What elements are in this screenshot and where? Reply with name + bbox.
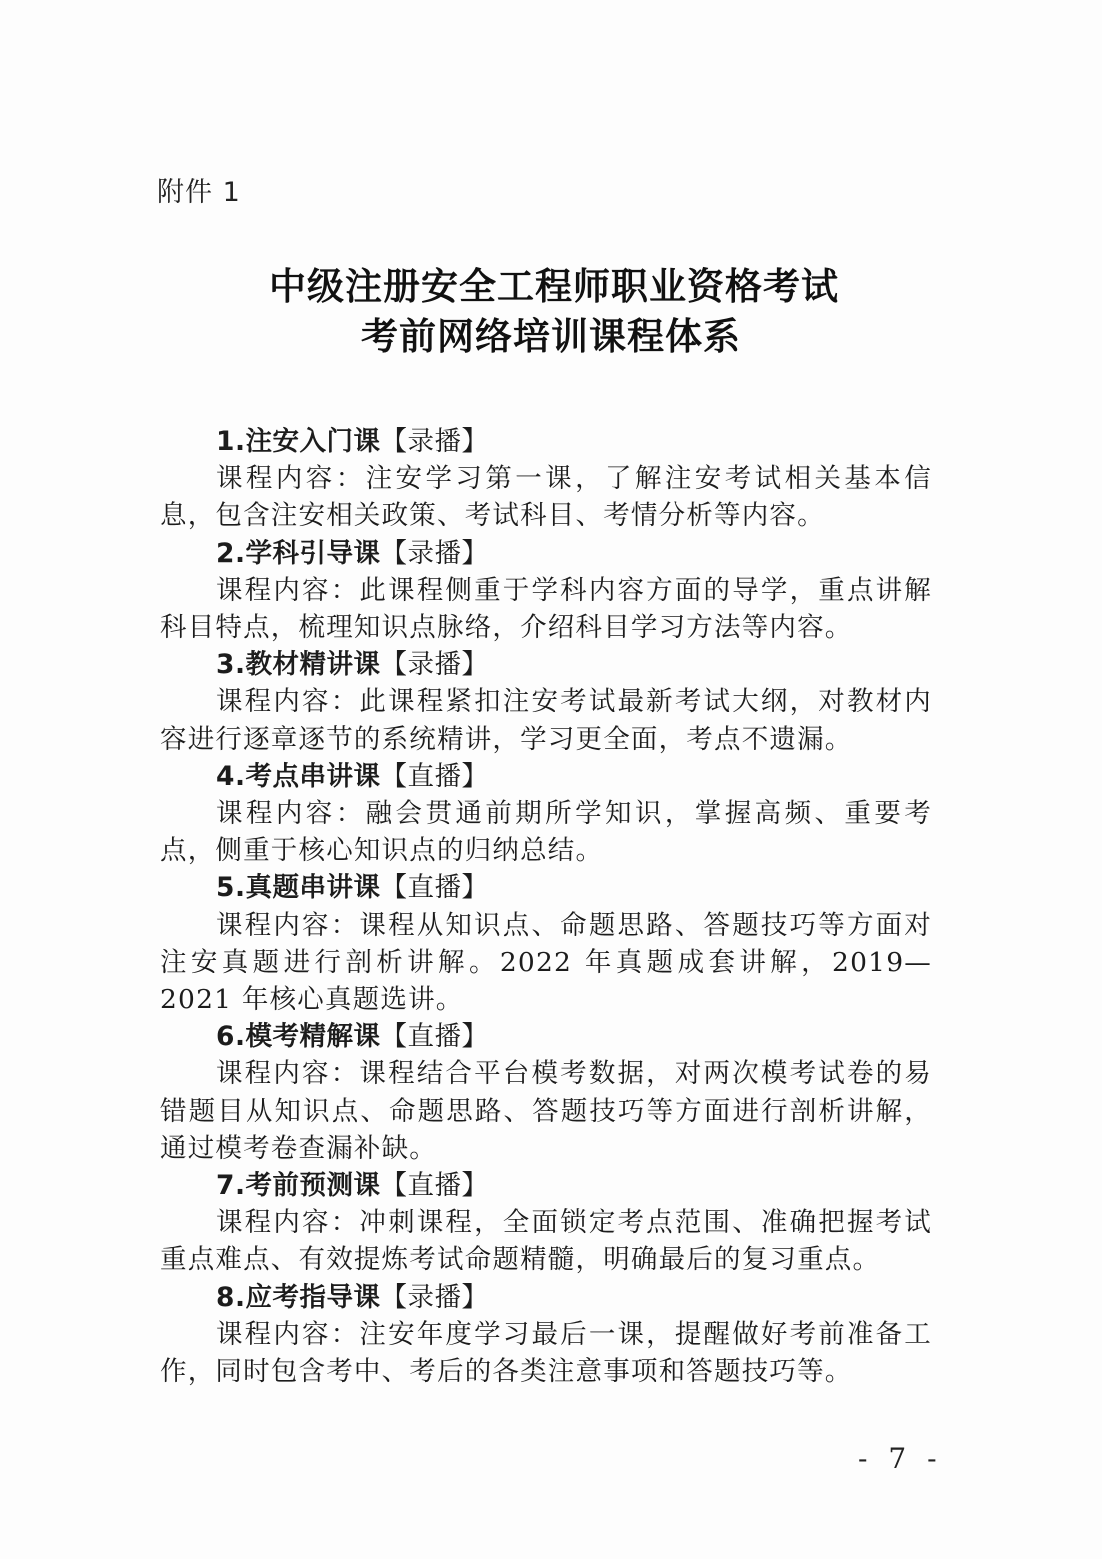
page-number: - 7 - [858,1442,943,1475]
course-heading: 4.考点串讲课【直播】 [160,758,932,795]
course-number: 2. [216,538,246,569]
document-page: 附件 1 中级注册安全工程师职业资格考试 考前网络培训课程体系 1.注安入门课【… [0,0,1102,1559]
title-line-1: 中级注册安全工程师职业资格考试 [0,262,1102,312]
course-description: 课程内容：课程结合平台模考数据，对两次模考试卷的易错题目从知识点、命题思路、答题… [160,1055,932,1167]
document-title: 中级注册安全工程师职业资格考试 考前网络培训课程体系 [0,262,1102,362]
course-item-5: 5.真题串讲课【直播】 课程内容：课程从知识点、命题思路、答题技巧等方面对注安真… [160,869,932,1018]
course-item-6: 6.模考精解课【直播】 课程内容：课程结合平台模考数据，对两次模考试卷的易错题目… [160,1018,932,1167]
course-heading: 6.模考精解课【直播】 [160,1018,932,1055]
course-description: 课程内容：融会贯通前期所学知识，掌握高频、重要考点，侧重于核心知识点的归纳总结。 [160,795,932,869]
course-mode-badge: 【录播】 [381,426,489,457]
course-mode-badge: 【直播】 [381,1170,489,1201]
course-name: 模考精解课 [246,1021,381,1052]
attachment-label: 附件 1 [157,170,241,209]
course-mode-badge: 【录播】 [381,1282,489,1313]
course-item-1: 1.注安入门课【录播】 课程内容：注安学习第一课，了解注安考试相关基本信息，包含… [160,423,932,535]
course-description: 课程内容：课程从知识点、命题思路、答题技巧等方面对注安真题进行剖析讲解。2022… [160,907,932,1019]
course-name: 教材精讲课 [246,649,381,680]
course-number: 8. [216,1282,246,1313]
course-number: 5. [216,872,246,903]
course-heading: 1.注安入门课【录播】 [160,423,932,460]
course-mode-badge: 【直播】 [381,872,489,903]
course-name: 考前预测课 [246,1170,381,1201]
course-description: 课程内容：此课程侧重于学科内容方面的导学，重点讲解科目特点，梳理知识点脉络，介绍… [160,572,932,646]
course-mode-badge: 【录播】 [381,538,489,569]
course-mode-badge: 【直播】 [381,761,489,792]
course-name: 考点串讲课 [246,761,381,792]
course-item-2: 2.学科引导课【录播】 课程内容：此课程侧重于学科内容方面的导学，重点讲解科目特… [160,535,932,647]
course-number: 1. [216,426,246,457]
course-name: 应考指导课 [246,1282,381,1313]
course-heading: 5.真题串讲课【直播】 [160,869,932,906]
course-name: 注安入门课 [246,426,381,457]
course-name: 学科引导课 [246,538,381,569]
course-heading: 3.教材精讲课【录播】 [160,646,932,683]
course-item-3: 3.教材精讲课【录播】 课程内容：此课程紧扣注安考试最新考试大纲，对教材内容进行… [160,646,932,758]
course-description: 课程内容：注安年度学习最后一课，提醒做好考前准备工作，同时包含考中、考后的各类注… [160,1316,932,1390]
course-item-4: 4.考点串讲课【直播】 课程内容：融会贯通前期所学知识，掌握高频、重要考点，侧重… [160,758,932,870]
course-heading: 7.考前预测课【直播】 [160,1167,932,1204]
course-number: 3. [216,649,246,680]
course-name: 真题串讲课 [246,872,381,903]
course-description: 课程内容：冲刺课程，全面锁定考点范围、准确把握考试重点难点、有效提炼考试命题精髓… [160,1204,932,1278]
course-description: 课程内容：注安学习第一课，了解注安考试相关基本信息，包含注安相关政策、考试科目、… [160,460,932,534]
course-mode-badge: 【录播】 [381,649,489,680]
course-list: 1.注安入门课【录播】 课程内容：注安学习第一课，了解注安考试相关基本信息，包含… [160,423,932,1390]
course-description: 课程内容：此课程紧扣注安考试最新考试大纲，对教材内容进行逐章逐节的系统精讲，学习… [160,683,932,757]
course-heading: 2.学科引导课【录播】 [160,535,932,572]
course-number: 7. [216,1170,246,1201]
course-item-8: 8.应考指导课【录播】 课程内容：注安年度学习最后一课，提醒做好考前准备工作，同… [160,1279,932,1391]
course-item-7: 7.考前预测课【直播】 课程内容：冲刺课程，全面锁定考点范围、准确把握考试重点难… [160,1167,932,1279]
title-line-2: 考前网络培训课程体系 [0,312,1102,362]
course-heading: 8.应考指导课【录播】 [160,1279,932,1316]
course-number: 4. [216,761,246,792]
course-number: 6. [216,1021,246,1052]
course-mode-badge: 【直播】 [381,1021,489,1052]
